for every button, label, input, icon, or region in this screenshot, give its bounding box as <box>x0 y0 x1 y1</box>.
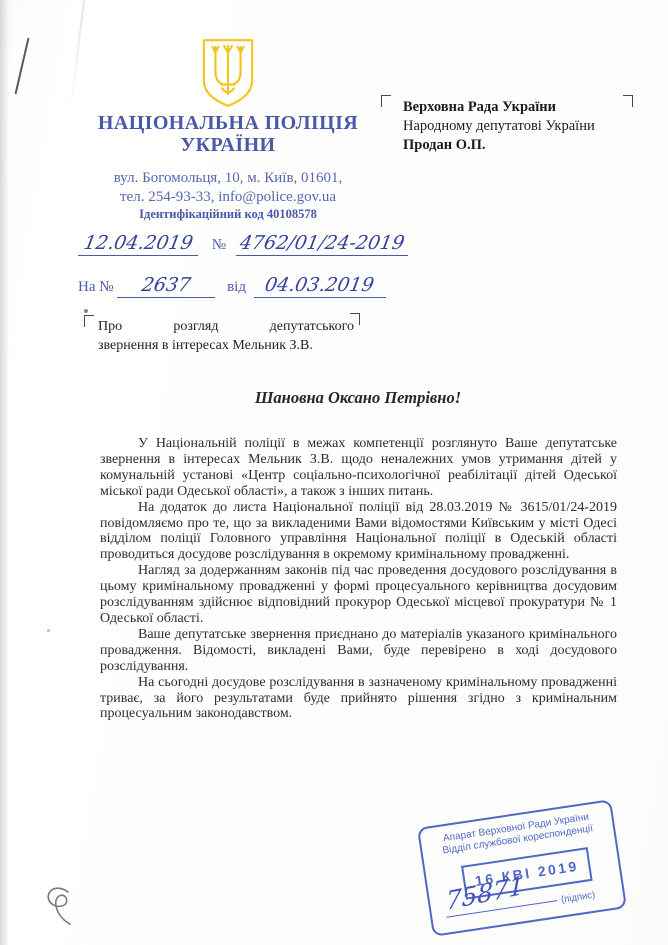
body-paragraph: Ваше депутатське звернення приєднано до … <box>100 627 617 675</box>
outgoing-date-handwritten: 12.04.2019 <box>82 232 195 254</box>
subject-line1: Про розгляд депутатського <box>98 317 354 336</box>
recipient-block: Верховна Рада України Народному депутато… <box>403 98 631 155</box>
scan-speck <box>47 629 50 632</box>
recipient-org: Верховна Рада України <box>403 98 631 117</box>
body-paragraph: На додаток до листа Національної поліції… <box>100 500 617 564</box>
number-sign-label: № <box>212 237 226 254</box>
body-paragraph: Нагляд за додержанням законів під час пр… <box>100 563 617 627</box>
incoming-number-handwritten: 2637 <box>140 274 192 296</box>
incoming-ref-row: На № 2637 від 04.03.2019 <box>78 274 413 316</box>
from-date-label: від <box>227 279 246 296</box>
org-id-code: Ідентифікаційний код 40108578 <box>72 207 384 222</box>
subject-corner-mark <box>84 315 94 327</box>
outgoing-number-handwritten: 4762/01/24-2019 <box>238 232 406 254</box>
scanned-letter-page: НАЦІОНАЛЬНА ПОЛІЦІЯ УКРАЇНИ вул. Богомол… <box>0 0 668 945</box>
reference-block: 12.04.2019 № 4762/01/24-2019 На № 2637 в… <box>78 232 413 316</box>
recipient-name: Продан О.П. <box>403 136 631 155</box>
incoming-date-handwritten: 04.03.2019 <box>263 274 376 296</box>
outgoing-ref-row: 12.04.2019 № 4762/01/24-2019 <box>78 232 413 274</box>
ukraine-trident-icon <box>199 38 257 108</box>
recipient-role: Народному депутатові України <box>403 117 631 136</box>
scan-edge-shadow <box>0 0 9 945</box>
org-name: НАЦІОНАЛЬНА ПОЛІЦІЯ УКРАЇНИ <box>72 112 384 156</box>
org-address: вул. Богомольця, 10, м. Київ, 01601, тел… <box>72 169 384 207</box>
org-name-line2: УКРАЇНИ <box>72 134 384 156</box>
subject-line2: звернення в інтересах Мельник З.В. <box>98 336 354 355</box>
subject-block: Про розгляд депутатського звернення в ін… <box>98 317 354 355</box>
letterhead: НАЦІОНАЛЬНА ПОЛІЦІЯ УКРАЇНИ вул. Богомол… <box>72 38 384 222</box>
org-name-line1: НАЦІОНАЛЬНА ПОЛІЦІЯ <box>72 112 384 134</box>
body-paragraph: На сьогодні досудове розслідування в заз… <box>100 675 617 723</box>
pencil-squiggle-mark <box>40 880 84 930</box>
org-address-line1: вул. Богомольця, 10, м. Київ, 01601, <box>72 169 384 188</box>
body-paragraph: У Національній поліції в межах компетенц… <box>100 436 617 500</box>
reply-to-label: На № <box>78 279 114 296</box>
salutation: Шановна Оксано Петрівно! <box>100 388 616 408</box>
address-corner-mark <box>381 95 391 107</box>
registration-stamp: Апарат Верховної Ради України Відділ слу… <box>417 799 627 937</box>
org-address-line2: тел. 254-93-33, info@police.gov.ua <box>72 188 384 207</box>
stamp-number-handwritten: 75871 <box>446 870 524 916</box>
letter-body: У Національній поліції в межах компетенц… <box>100 436 617 722</box>
stamp-signature-label: (підпис) <box>560 890 596 906</box>
staple-mark <box>15 38 30 95</box>
